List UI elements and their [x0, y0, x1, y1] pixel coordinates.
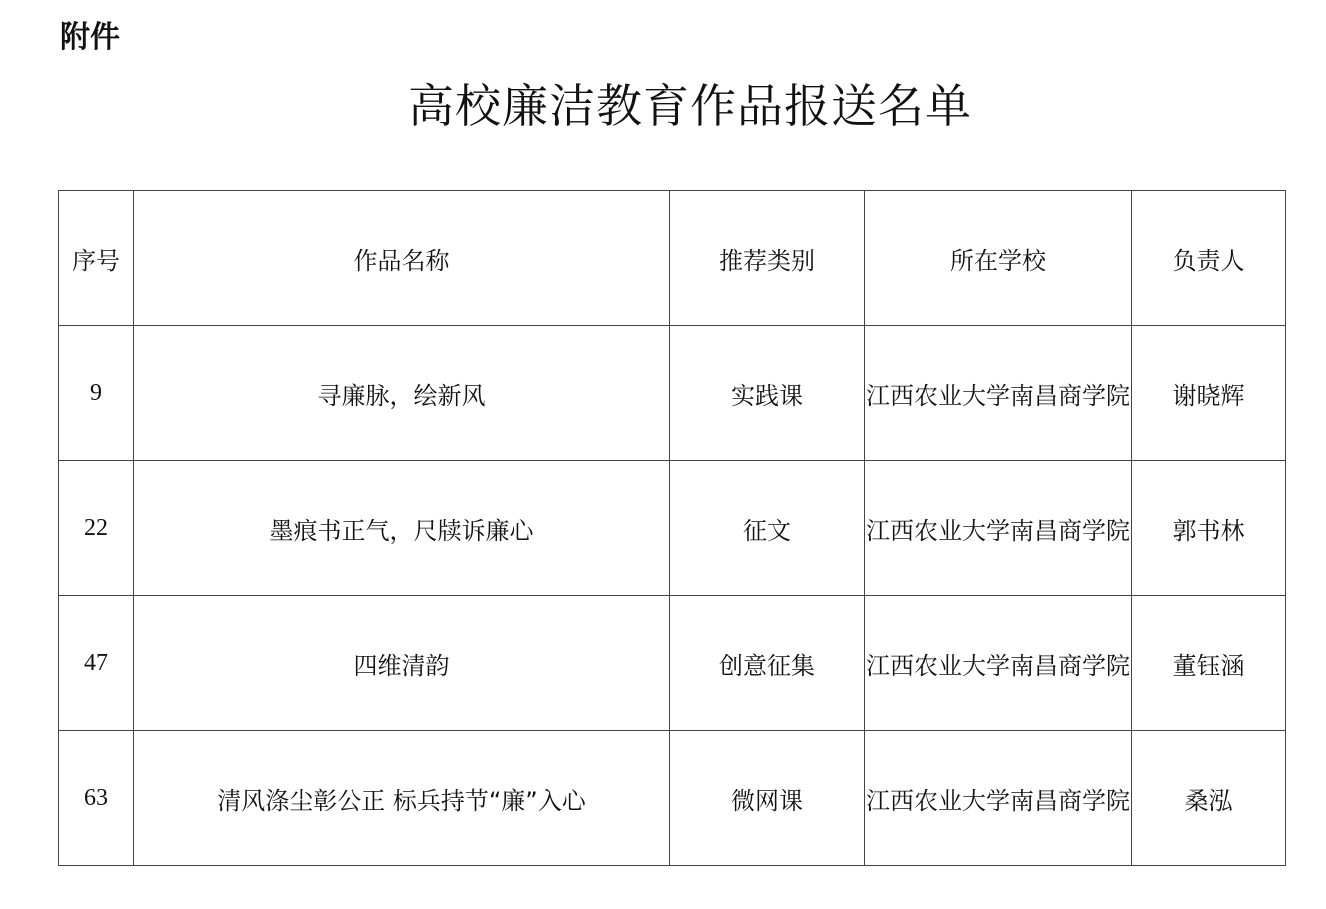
cell-school: 江西农业大学南昌商学院 — [865, 461, 1132, 596]
cell-serial-number: 9 — [59, 326, 134, 461]
cell-work-title: 寻廉脉，绘新风 — [134, 326, 670, 461]
cell-owner: 桑泓 — [1132, 731, 1286, 866]
header-owner: 负责人 — [1132, 191, 1286, 326]
cell-serial-number: 47 — [59, 596, 134, 731]
header-category: 推荐类别 — [670, 191, 865, 326]
cell-serial-number: 22 — [59, 461, 134, 596]
page-title: 高校廉洁教育作品报送名单 — [0, 76, 1326, 136]
attachment-label: 附件 — [60, 18, 120, 58]
cell-school: 江西农业大学南昌商学院 — [865, 326, 1132, 461]
table-row: 22 墨痕书正气，尺牍诉廉心 征文 江西农业大学南昌商学院 郭书林 — [59, 461, 1286, 596]
cell-school: 江西农业大学南昌商学院 — [865, 731, 1132, 866]
submission-list-table: 序号 作品名称 推荐类别 所在学校 负责人 9 寻廉脉，绘新风 实践课 江西农业… — [58, 190, 1286, 866]
cell-work-title: 清风涤尘彰公正 标兵持节“廉”入心 — [134, 731, 670, 866]
cell-work-title: 墨痕书正气，尺牍诉廉心 — [134, 461, 670, 596]
cell-owner: 谢晓辉 — [1132, 326, 1286, 461]
cell-school: 江西农业大学南昌商学院 — [865, 596, 1132, 731]
table-row: 47 四维清韵 创意征集 江西农业大学南昌商学院 董钰涵 — [59, 596, 1286, 731]
header-serial-number: 序号 — [59, 191, 134, 326]
table-row: 9 寻廉脉，绘新风 实践课 江西农业大学南昌商学院 谢晓辉 — [59, 326, 1286, 461]
table-row: 63 清风涤尘彰公正 标兵持节“廉”入心 微网课 江西农业大学南昌商学院 桑泓 — [59, 731, 1286, 866]
cell-work-title: 四维清韵 — [134, 596, 670, 731]
cell-category: 实践课 — [670, 326, 865, 461]
cell-category: 微网课 — [670, 731, 865, 866]
table-header-row: 序号 作品名称 推荐类别 所在学校 负责人 — [59, 191, 1286, 326]
cell-owner: 郭书林 — [1132, 461, 1286, 596]
header-work-title: 作品名称 — [134, 191, 670, 326]
cell-owner: 董钰涵 — [1132, 596, 1286, 731]
cell-serial-number: 63 — [59, 731, 134, 866]
cell-category: 创意征集 — [670, 596, 865, 731]
header-school: 所在学校 — [865, 191, 1132, 326]
cell-category: 征文 — [670, 461, 865, 596]
